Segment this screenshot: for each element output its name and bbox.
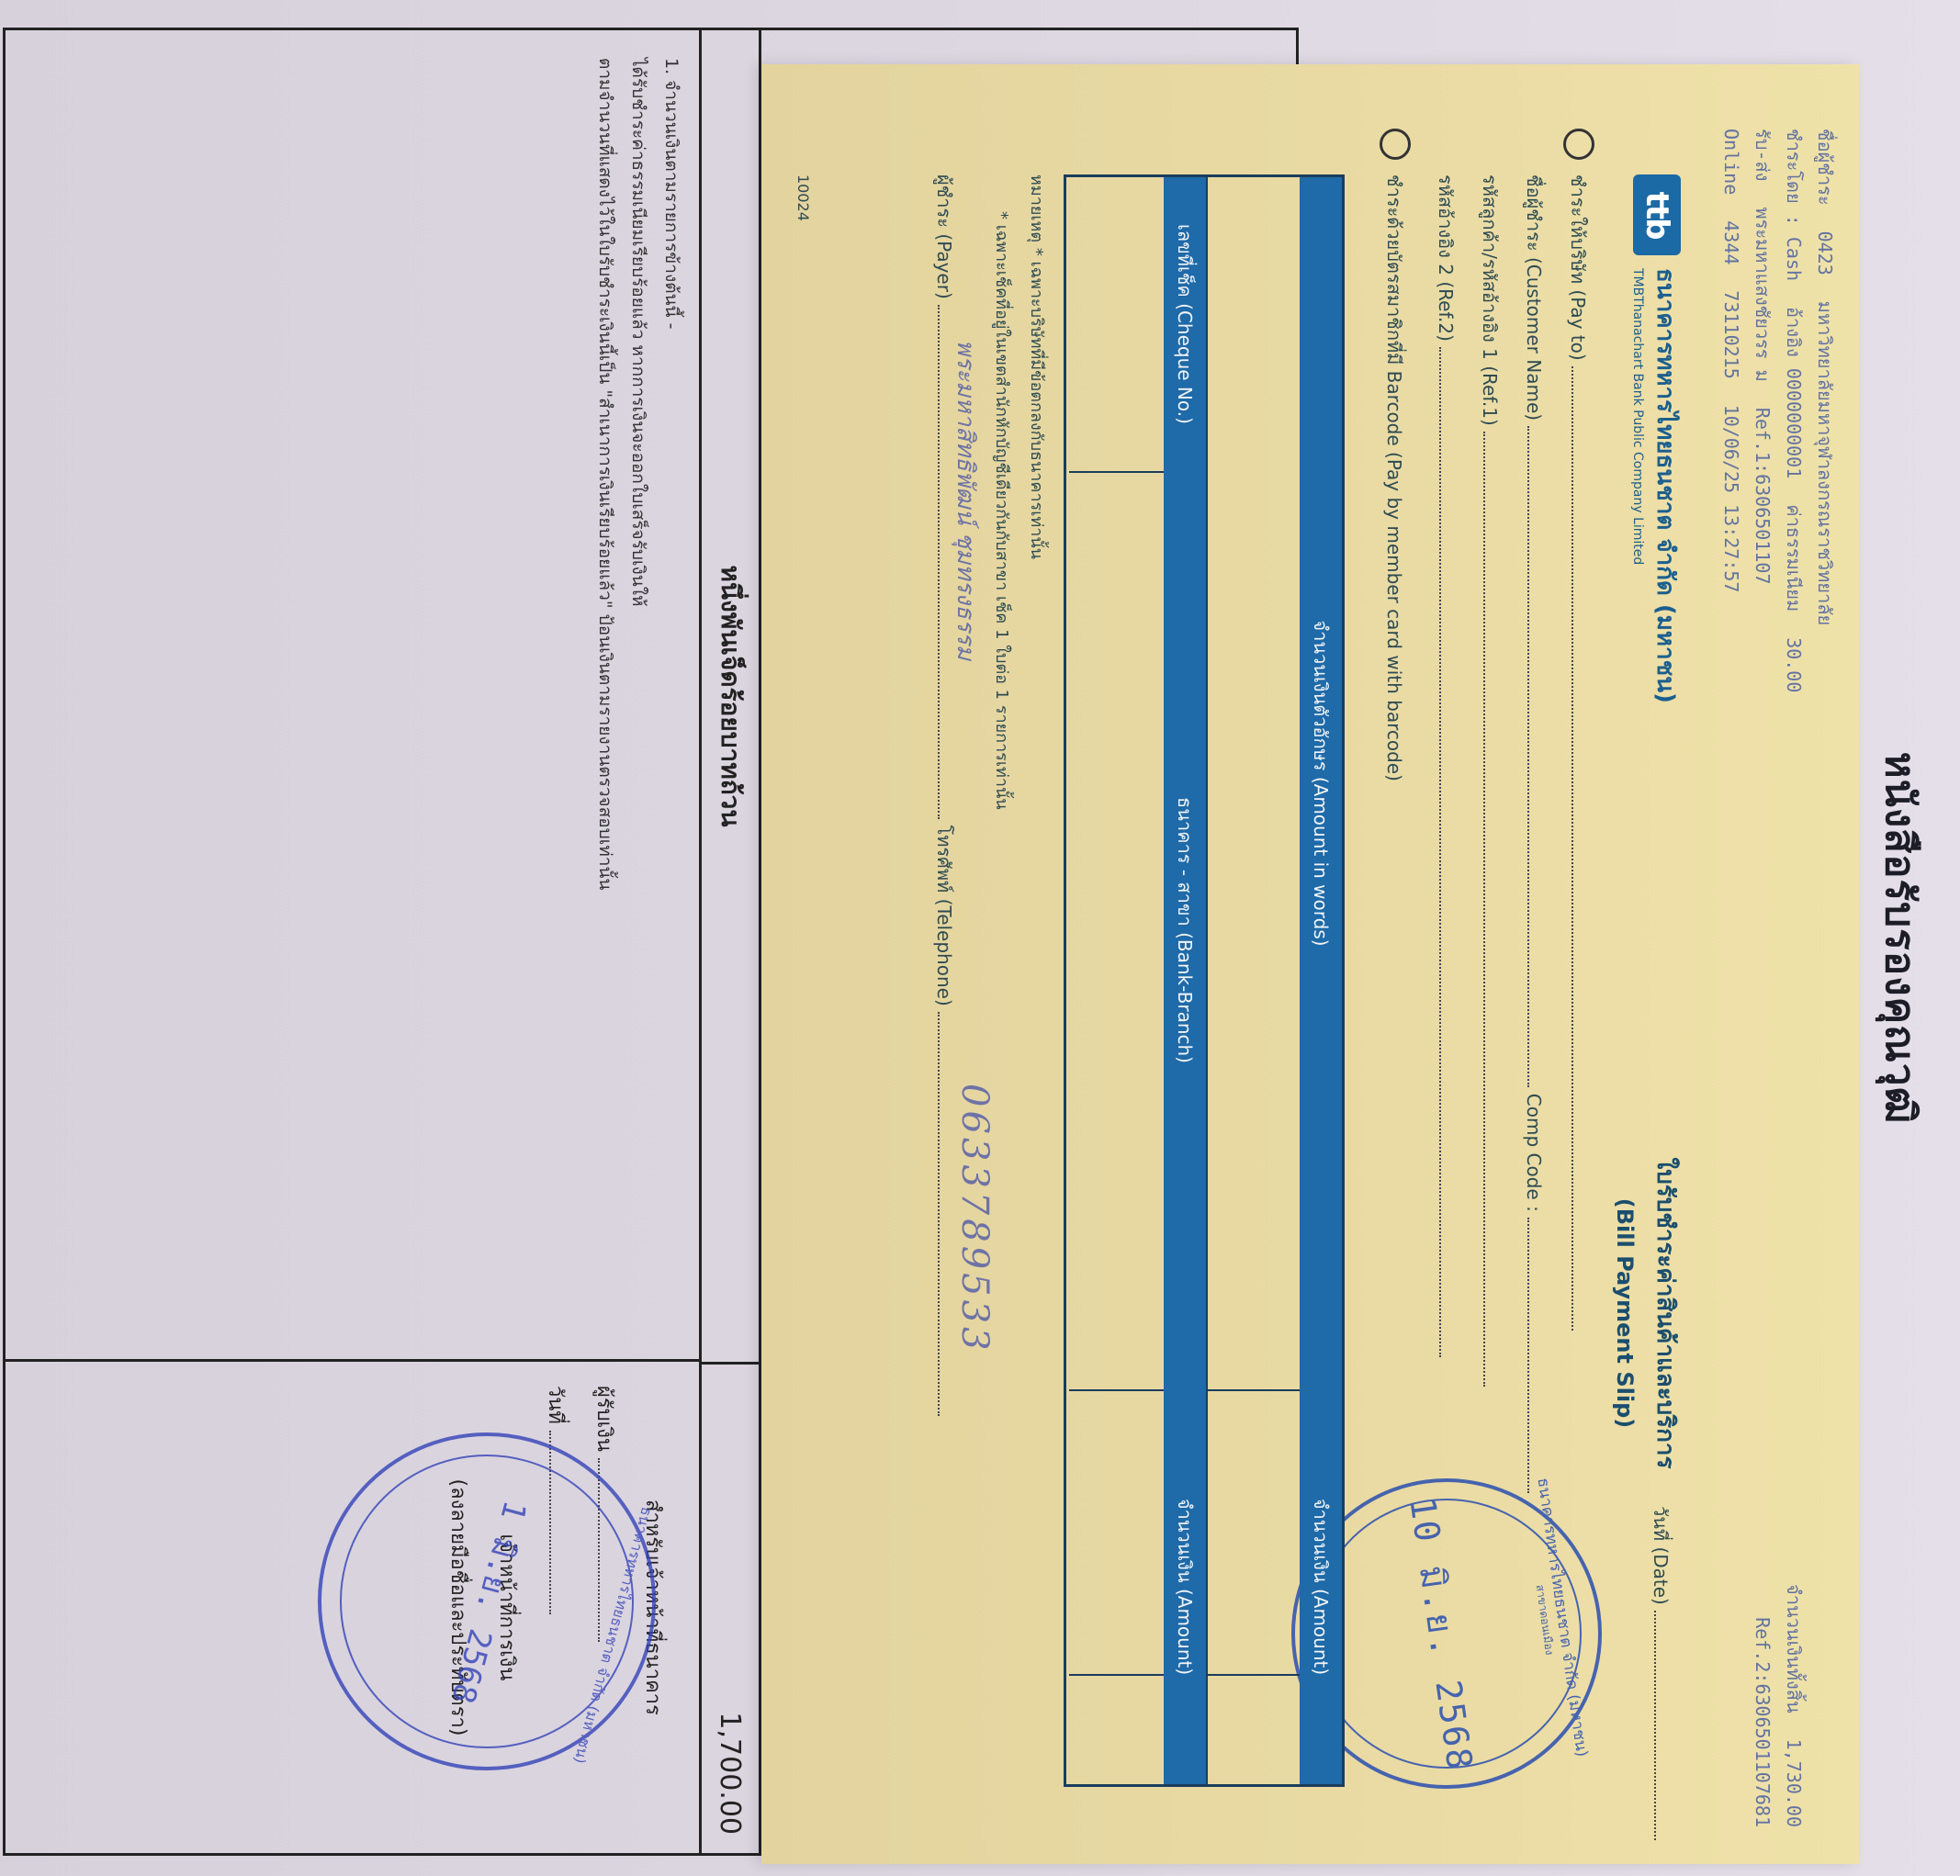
note-label: หมายเหตุ <box>1027 174 1046 242</box>
receipt-field: 0423 <box>1809 231 1841 275</box>
telephone-input[interactable] <box>938 1012 940 1416</box>
cheque-input-row[interactable] <box>1069 177 1164 1784</box>
certificate-notes: 1. จำนวนเงินตามรายการข้างต้นนี้ - ได้รับ… <box>6 30 699 1362</box>
receipt-line: รับ-ส่ง พระมหาแสงชัยวรร ม Ref.1:63065011… <box>1747 129 1778 1827</box>
barcode-radio[interactable] <box>1380 129 1411 160</box>
date-field: วันที่ (Date) <box>1646 1506 1675 1840</box>
ref2-line: รหัสอ้างอิง 2 (Ref.2) <box>1431 174 1460 1357</box>
date-input[interactable] <box>1654 1611 1656 1840</box>
comp-code-input[interactable] <box>1527 1218 1529 1493</box>
telephone-handwritten-value: 0633789533 <box>953 1084 996 1354</box>
note-1: หมายเหตุ * เฉพาะบริษัทที่มีข้อตกลงกับธนา… <box>1024 174 1051 559</box>
officer-date-label: วันที่ <box>544 1386 567 1424</box>
receipt-field: ค่าธรรมเนียม <box>1778 504 1809 612</box>
telephone-label: โทรศัพท์ (Telephone) <box>933 825 955 1005</box>
receipt-field: ชำระโดย : Cash <box>1778 129 1809 281</box>
note-2: * เฉพาะเช็คที่อยู่ในเขตสำนักหักบัญชีเดีย… <box>989 211 1016 810</box>
slip-title: ใบรับชำระค่าสินค้าและบริการ (Bill Paymen… <box>1612 1120 1684 1506</box>
receipt-line: ชำระโดย : Cash อ้างอิง 0000000001 ค่าธรร… <box>1778 129 1809 1827</box>
receipt-field: พระมหาแสงชัยวรร ม <box>1747 207 1778 381</box>
comp-code-label: Comp Code : <box>1523 1094 1545 1212</box>
receipt-ref1: Ref.1:6306501107 <box>1747 408 1778 585</box>
payer-handwritten-value: พระมหาสิทธิพัฒน์ ชุมทรงธรรม <box>947 340 985 660</box>
barcode-option-line: ชำระด้วยบัตรสมาชิกที่มี Barcode (Pay by … <box>1380 174 1409 781</box>
amount-row: หนึ่งพันเจ็ดร้อยบาทถ้วน 1,700.00 <box>699 30 759 1853</box>
bank-name-thai: ธนาคารทหารไทยธนชาต จำกัด (มหาชน) <box>1647 268 1684 703</box>
receipt-field: 4344 <box>1716 220 1747 264</box>
bank-logo: ttb ธนาคารทหารไทยธนชาต จำกัด (มหาชน) TMB… <box>1630 174 1684 703</box>
teller-receipt-print: ชื่อผู้ชำระ 0423 มหาวิทยาลัยมหาจุฬาลงกรณ… <box>1716 129 1841 1827</box>
received-by-label: ผู้รับเงิน <box>592 1386 615 1452</box>
receipt-timestamp: 10/06/25 13:27:57 <box>1716 405 1747 593</box>
amount-cheque-table: จำนวนเงินตัวอักษร (Amount in words) จำนว… <box>1064 174 1345 1787</box>
note-line: ตามจำนวนที่แสดงไว้ในใบรับชำระเงินนี้เป็น… <box>589 58 622 1331</box>
stamp-date: 1 มิ.ย. 2568 <box>422 1436 556 1769</box>
table-header-row-1: จำนวนเงินตัวอักษร (Amount in words) จำนว… <box>1300 177 1342 1784</box>
stamp-date: 10 มิ.ย. 2568 <box>1392 1480 1490 1788</box>
date-label: วันที่ (Date) <box>1650 1506 1672 1605</box>
header-amount-in-words: จำนวนเงินตัวอักษร (Amount in words) <box>1300 177 1342 1389</box>
ref1-input[interactable] <box>1483 432 1485 1387</box>
ref1-line: รหัสลูกค้า/รหัสอ้างอิง 1 (Ref.1) <box>1475 174 1504 1387</box>
document-scene: หนังสือรับรองคุณวุฒิ โดยอนุมัติของสภามหา… <box>0 0 1960 1876</box>
receipt-ref2: Ref.2:6306501107681 <box>1747 1617 1778 1827</box>
ref1-label: รหัสลูกค้า/รหัสอ้างอิง 1 (Ref.1) <box>1479 174 1501 426</box>
payer-label: ผู้ชำระ (Payer) <box>933 174 955 299</box>
certificate-title: หนังสือรับรองคุณวุฒิ <box>1868 0 1932 1876</box>
customer-name-line: ชื่อผู้ชำระ (Customer Name) Comp Code : <box>1519 174 1549 1493</box>
pay-to-input[interactable] <box>1571 366 1573 1331</box>
header-bank-branch: ธนาคาร - สาขา (Bank-Branch) <box>1164 471 1206 1389</box>
slip-title-english: (Bill Payment Slip) <box>1612 1120 1638 1506</box>
receipt-field: Online <box>1716 129 1747 195</box>
slip-title-thai: ใบรับชำระค่าสินค้าและบริการ <box>1647 1120 1684 1506</box>
receipt-line: ชื่อผู้ชำระ 0423 มหาวิทยาลัยมหาจุฬาลงกรณ… <box>1809 129 1841 1827</box>
customer-name-input[interactable] <box>1527 426 1529 1087</box>
customer-name-label: ชื่อผู้ชำระ (Customer Name) <box>1523 174 1545 421</box>
amount-figure: 1,700.00 <box>702 1362 759 1853</box>
bank-name-english: TMBThanachart Bank Public Company Limite… <box>1630 268 1645 703</box>
ttb-logo-icon: ttb <box>1634 174 1682 255</box>
header-cheque-amount: จำนวนเงิน (Amount) <box>1164 1389 1206 1784</box>
receipt-field: รับ-ส่ง <box>1747 129 1778 181</box>
receipt-field: 73110215 <box>1716 290 1747 378</box>
receipt-fee: 30.00 <box>1778 637 1809 692</box>
bill-payment-slip: ชื่อผู้ชำระ 0423 มหาวิทยาลัยมหาจุฬาลงกรณ… <box>761 64 1859 1864</box>
amount-input-row[interactable] <box>1206 177 1300 1784</box>
receipt-field: มหาวิทยาลัยมหาจุฬาลงกรณราชวิทยาลัย <box>1809 301 1841 625</box>
pay-to-line: ชำระให้บริษัท (Pay to) <box>1563 174 1593 1331</box>
payer-input[interactable] <box>938 305 940 819</box>
pay-to-radio[interactable] <box>1563 129 1594 160</box>
receipt-total: 1,730.00 <box>1778 1739 1809 1827</box>
pay-to-label: ชำระให้บริษัท (Pay to) <box>1567 174 1589 361</box>
receipt-field: อ้างอิง 0000000001 <box>1778 307 1809 478</box>
ref2-input[interactable] <box>1439 347 1441 1357</box>
header-cheque-no: เลขที่เช็ค (Cheque No.) <box>1164 177 1206 471</box>
receipt-field: ชื่อผู้ชำระ <box>1809 129 1841 206</box>
receipt-field: จำนวนเงินทั้งสิ้น <box>1778 1584 1809 1713</box>
note-line: ได้รับชำระค่าธรรมเนียมเรียบร้อยแล้ว หากก… <box>622 58 655 1331</box>
barcode-option-label: ชำระด้วยบัตรสมาชิกที่มี Barcode (Pay by … <box>1383 174 1405 781</box>
amount-in-words: หนึ่งพันเจ็ดร้อยบาทถ้วน <box>702 30 759 1365</box>
note-1-text: * เฉพาะบริษัทที่มีข้อตกลงกับธนาคารเท่านั… <box>1027 248 1046 559</box>
form-code: 10024 <box>794 174 812 221</box>
note-line: 1. จำนวนเงินตามรายการข้างต้นนี้ - <box>655 58 688 1331</box>
receipt-line: Online 4344 73110215 10/06/25 13:27:57 <box>1716 129 1747 1827</box>
header-amount: จำนวนเงิน (Amount) <box>1300 1389 1342 1784</box>
ref2-label: รหัสอ้างอิง 2 (Ref.2) <box>1435 174 1457 342</box>
table-header-row-2: เลขที่เช็ค (Cheque No.) ธนาคาร - สาขา (B… <box>1164 177 1206 1784</box>
